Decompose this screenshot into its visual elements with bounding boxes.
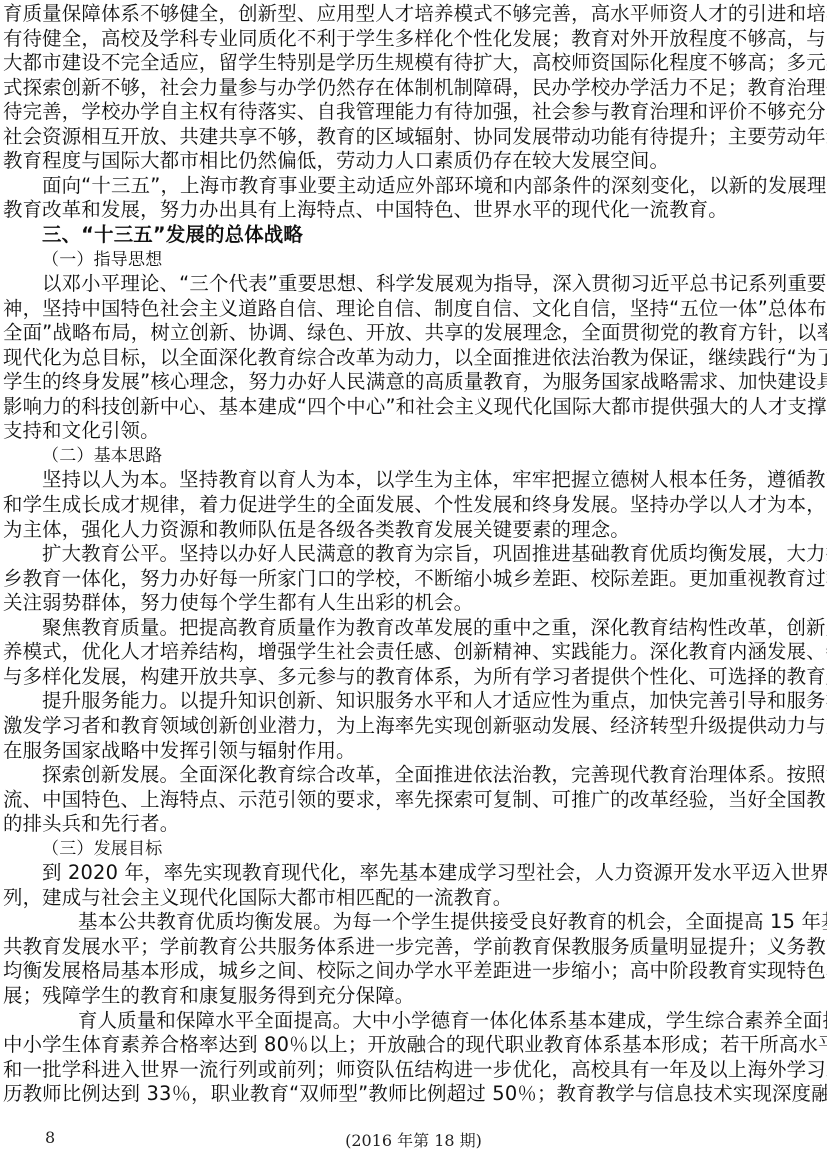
text-line: 全面”战略布局，树立创新、协调、绿色、开放、共享的发展理念，全面贯彻党的教育方针… xyxy=(3,321,813,345)
text-line: 有待健全，高校及学科专业同质化不利于学生多样化个性化发展；教育对外开放程度不够高… xyxy=(3,27,813,51)
text-line: 为主体，强化人力资源和教师队伍是各级各类教育发展关键要素的理念。 xyxy=(3,518,813,542)
text-line: 和学生成长成才规律，着力促进学生的全面发展、个性发展和终身发展。坚持办学以人才为… xyxy=(3,493,813,517)
text-line: 流、中国特色、上海特点、示范引领的要求，率先探索可复制、可推广的改革经验，当好全… xyxy=(3,788,813,812)
text-line: 育人质量和保障水平全面提高。大中小学德育一体化体系基本建成，学生综合素养全面提升… xyxy=(3,1009,813,1033)
text-line: 与多样化发展，构建开放共享、多元参与的教育体系，为所有学习者提供个性化、可选择的… xyxy=(3,665,813,689)
text-line: 以邓小平理论、“三个代表”重要思想、科学发展观为指导，深入贯彻习近平总书记系列重… xyxy=(3,272,813,296)
text-line: 式探索创新不够，社会力量参与办学仍然存在体制机制障碍，民办学校办学活力不足；教育… xyxy=(3,76,813,100)
text-line: 列，建成与社会主义现代化国际大都市相匹配的一流教育。 xyxy=(3,886,813,910)
section-heading: 三、“十三五”发展的总体战略 xyxy=(3,223,813,247)
text-line: 待完善，学校办学自主权有待落实、自我管理能力有待加强，社会参与教育治理和评价不够… xyxy=(3,100,813,124)
text-line: 均衡发展格局基本形成，城乡之间、校际之间办学水平差距进一步缩小；高中阶段教育实现… xyxy=(3,959,813,983)
text-line: 影响力的科技创新中心、基本建成“四个中心”和社会主义现代化国际大都市提供强大的人… xyxy=(3,395,813,419)
text-line: 在服务国家战略中发挥引领与辐射作用。 xyxy=(3,739,813,763)
text-line: 乡教育一体化，努力办好每一所家门口的学校，不断缩小城乡差距、校际差距。更加重视教… xyxy=(3,567,813,591)
text-line: 面向“十三五”，上海市教育事业要主动适应外部环境和内部条件的深刻变化，以新的发展… xyxy=(3,174,813,198)
subsection-heading: （三）发展目标 xyxy=(3,837,813,861)
text-line: 提升服务能力。以提升知识创新、知识服务水平和人才适应性为重点，加快完善引导和服务… xyxy=(3,689,813,713)
text-line: 中小学生体育素养合格率达到 80％以上；开放融合的现代职业教育体系基本形成；若干… xyxy=(3,1033,813,1057)
text-line: 教育程度与国际大都市相比仍然偏低，劳动力人口素质仍存在较大发展空间。 xyxy=(3,149,813,173)
text-line: 养模式，优化人才培养结构，增强学生社会责任感、创新精神、实践能力。深化教育内涵发… xyxy=(3,640,813,664)
text-line: 关注弱势群体，努力使每个学生都有人生出彩的机会。 xyxy=(3,591,813,615)
text-line: 到 2020 年，率先实现教育现代化，率先基本建成学习型社会，人力资源开发水平迈… xyxy=(3,861,813,885)
text-line: 展；残障学生的教育和康复服务得到充分保障。 xyxy=(3,984,813,1008)
text-line: 育质量保障体系不够健全，创新型、应用型人才培养模式不够完善，高水平师资人才的引进… xyxy=(3,2,813,26)
text-line: 支持和文化引领。 xyxy=(3,419,813,443)
text-line: 现代化为总目标，以全面深化教育综合改革为动力，以全面推进依法治教为保证，继续践行… xyxy=(3,346,813,370)
text-line: 扩大教育公平。坚持以办好人民满意的教育为宗旨，巩固推进基础教育优质均衡发展，大力… xyxy=(3,542,813,566)
issue-label: (2016 年第 18 期) xyxy=(0,1128,827,1151)
text-line: 基本公共教育优质均衡发展。为每一个学生提供接受良好教育的机会，全面提高 15 年… xyxy=(3,910,813,934)
text-line: 探索创新发展。全面深化教育综合改革，全面推进依法治教，完善现代教育治理体系。按照… xyxy=(3,763,813,787)
text-line: 历教师比例达到 33％，职业教育“双师型”教师比例超过 50％；教育教学与信息技… xyxy=(3,1082,813,1106)
text-line: 学生的终身发展”核心理念，努力办好人民满意的高质量教育，为服务国家战略需求、加快… xyxy=(3,370,813,394)
text-line: 大都市建设不完全适应，留学生特别是学历生规模有待扩大，高校师资国际化程度不够高；… xyxy=(3,51,813,75)
text-line: 激发学习者和教育领域创新创业潜力，为上海率先实现创新驱动发展、经济转型升级提供动… xyxy=(3,714,813,738)
text-line: 共教育发展水平；学前教育公共服务体系进一步完善，学前教育保教服务质量明显提升；义… xyxy=(3,935,813,959)
text-line: 社会资源相互开放、共建共享不够，教育的区域辐射、协同发展带动功能有待提升；主要劳… xyxy=(3,125,813,149)
subsection-heading: （一）指导思想 xyxy=(3,248,813,272)
text-line: 的排头兵和先行者。 xyxy=(3,812,813,836)
text-line: 神，坚持中国特色社会主义道路自信、理论自信、制度自信、文化自信，坚持“五位一体”… xyxy=(3,297,813,321)
subsection-heading: （二）基本思路 xyxy=(3,444,813,468)
text-line: 坚持以人为本。坚持教育以育人为本，以学生为主体，牢牢把握立德树人根本任务，遵循教… xyxy=(3,468,813,492)
text-line: 和一批学科进入世界一流行列或前列；师资队伍结构进一步优化，高校具有一年及以上海外… xyxy=(3,1058,813,1082)
text-line: 聚焦教育质量。把提高教育质量作为教育改革发展的重中之重，深化教育结构性改革，创新… xyxy=(3,616,813,640)
text-line: 教育改革和发展，努力办出具有上海特点、中国特色、世界水平的现代化一流教育。 xyxy=(3,198,813,222)
